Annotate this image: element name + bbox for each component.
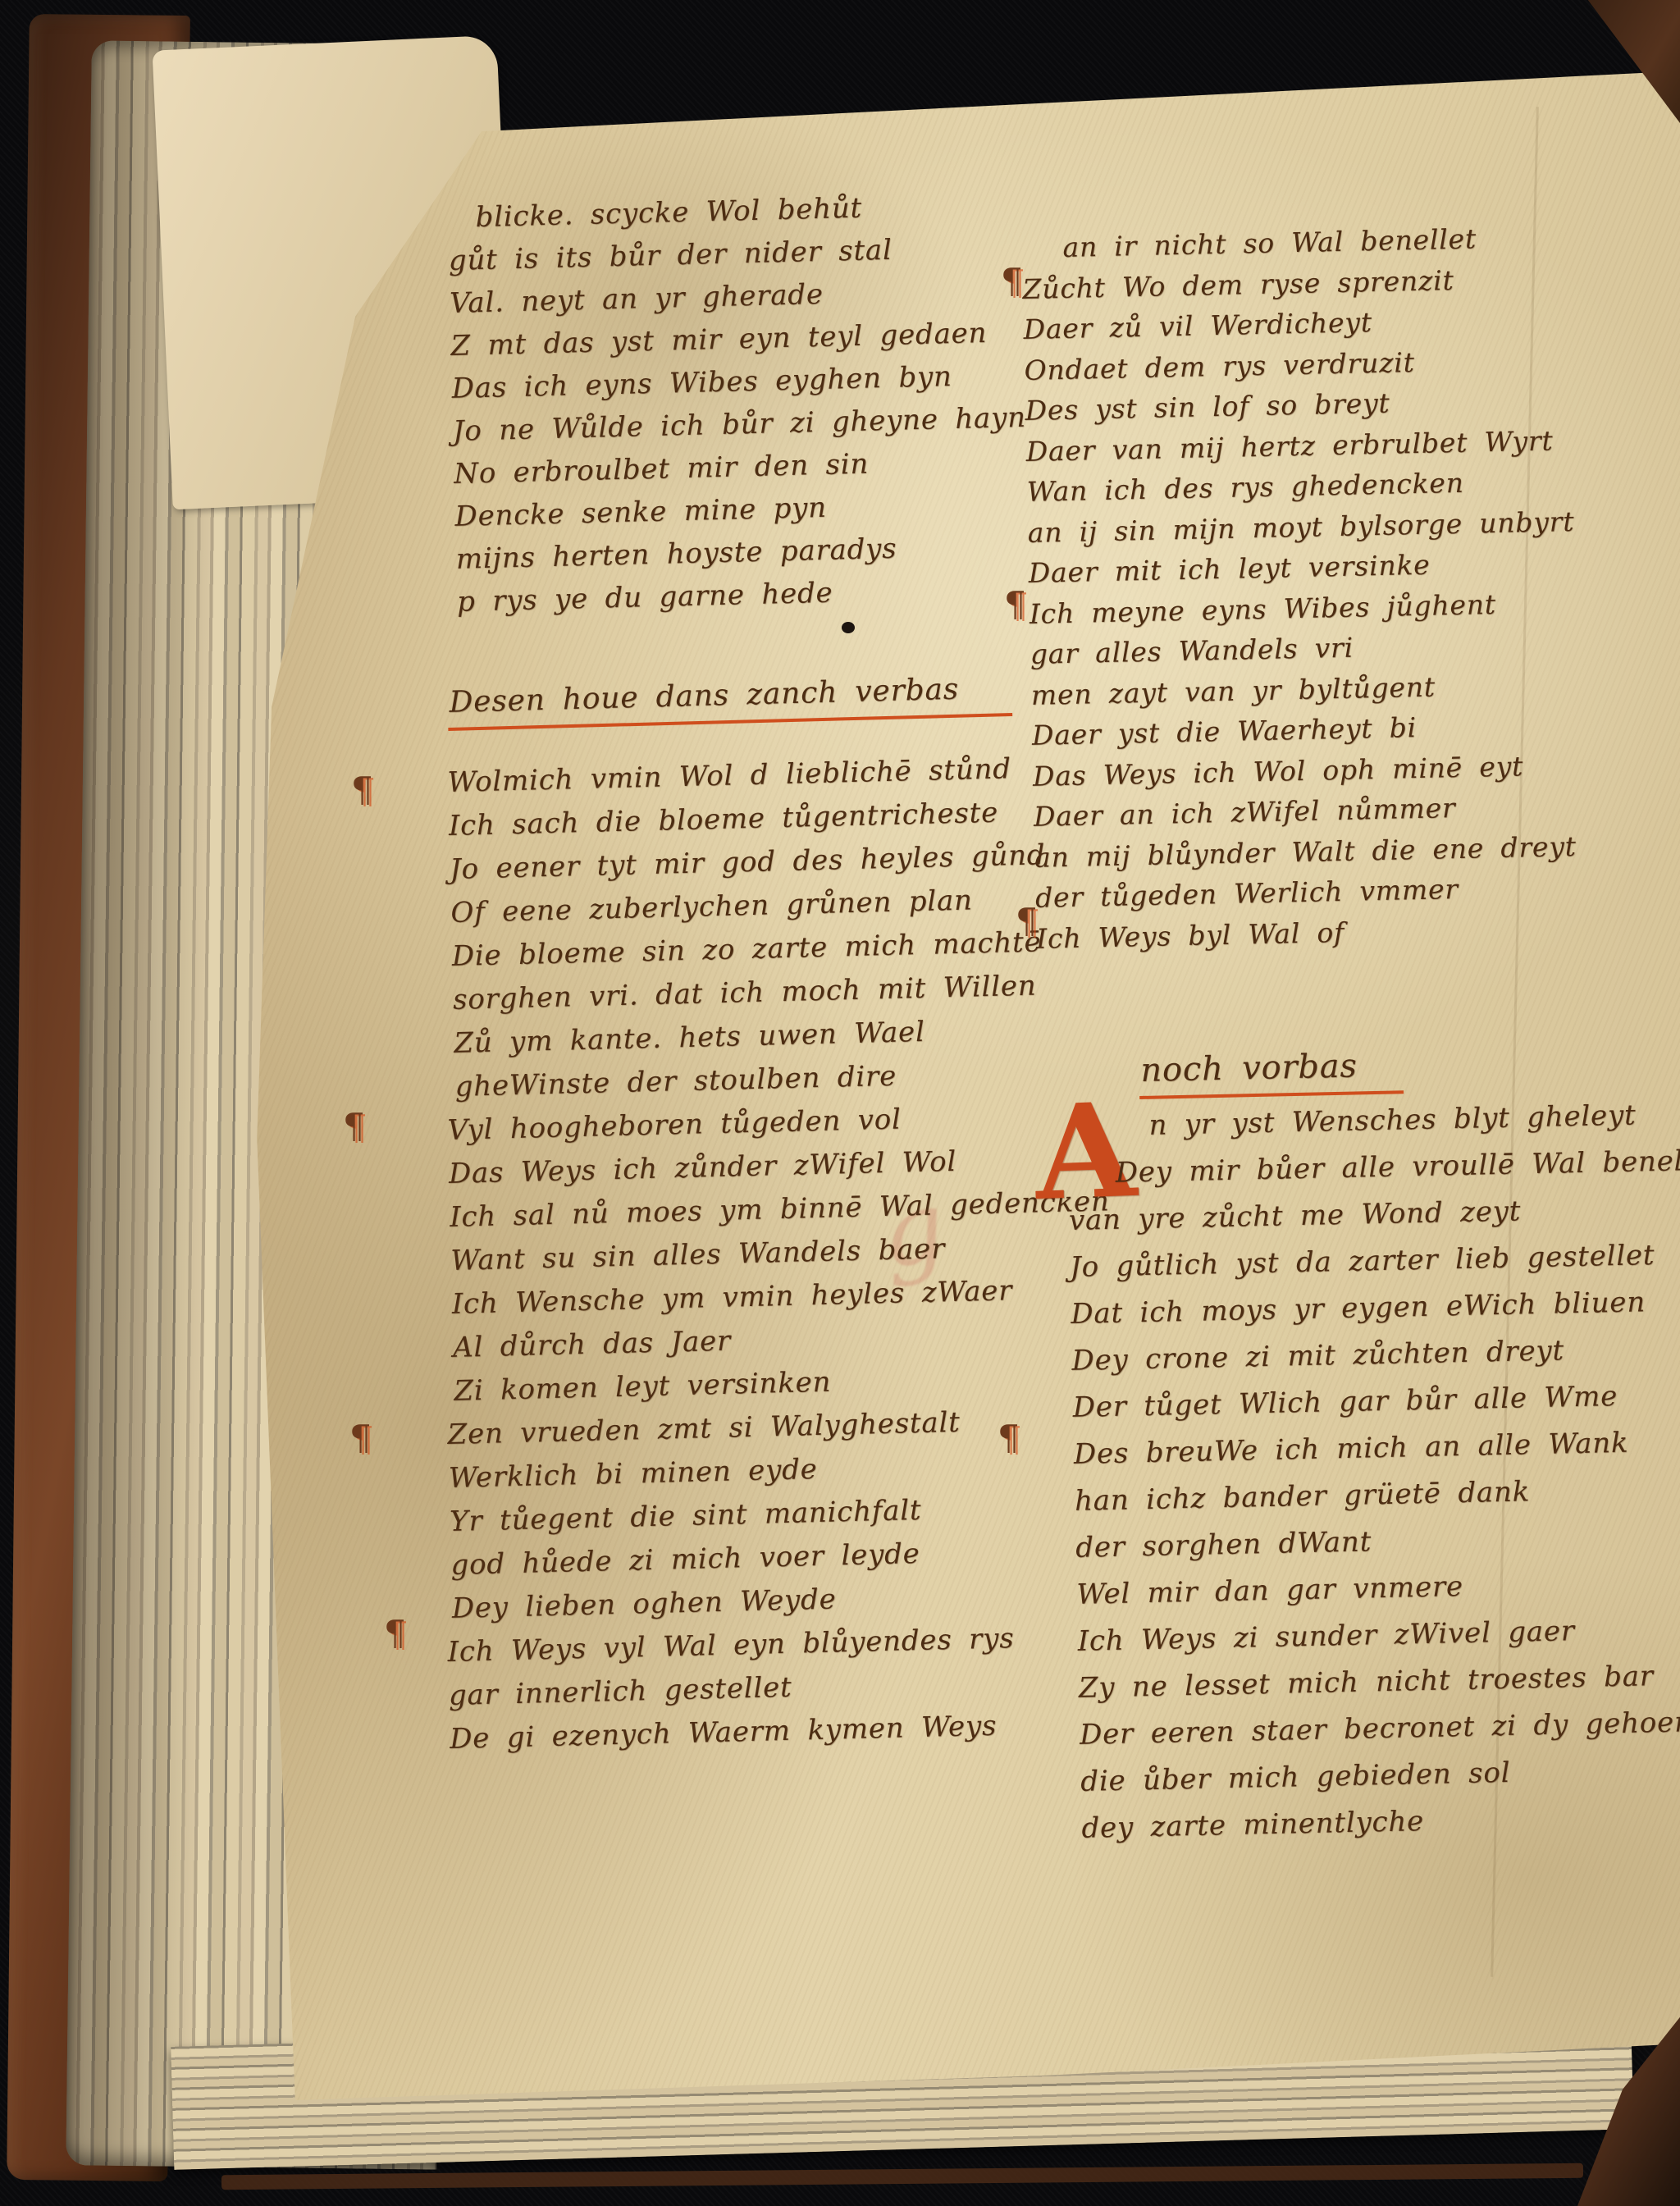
pilcrow-mark: ¶ (349, 1418, 372, 1458)
pilcrow-mark: ¶ (1016, 901, 1038, 941)
ink-blot (842, 622, 855, 633)
rubric-heading-right: noch vorbas (1139, 1046, 1404, 1099)
left-stanza-2: Vyl hoogheboren tůgeden volDas Weys ich … (447, 1093, 1114, 1414)
pilcrow-mark: ¶ (384, 1613, 406, 1653)
right-column-lower-block: n yr yst Wensches blyt gheleytDey mir bů… (1066, 1091, 1680, 1852)
pilcrow-mark: ¶ (343, 1106, 365, 1146)
left-stanza-4: Ich Weys vyl Wal eyn blůyendes rysgar in… (447, 1617, 1017, 1761)
left-column-opening-block: blicke. scycke Wol behůtgůt is its bůr d… (447, 183, 1030, 623)
pilcrow-mark: ¶ (351, 770, 373, 810)
left-stanza-1: Wolmich vmin Wol d lieblichē stůndIch sa… (447, 747, 1051, 1109)
pilcrow-mark: ¶ (1001, 261, 1023, 301)
pilcrow-mark: ¶ (997, 1418, 1020, 1458)
left-stanza-3: Zen vrueden zmt si WalyghestaltWerklich … (447, 1401, 965, 1631)
manuscript-photo: g blicke. scycke Wol behůtgůt is its bůr… (0, 0, 1680, 2206)
right-column-upper-block: an ir nicht so Wal benelletZůcht Wo dem … (1021, 217, 1583, 959)
pilcrow-mark: ¶ (1004, 584, 1026, 624)
